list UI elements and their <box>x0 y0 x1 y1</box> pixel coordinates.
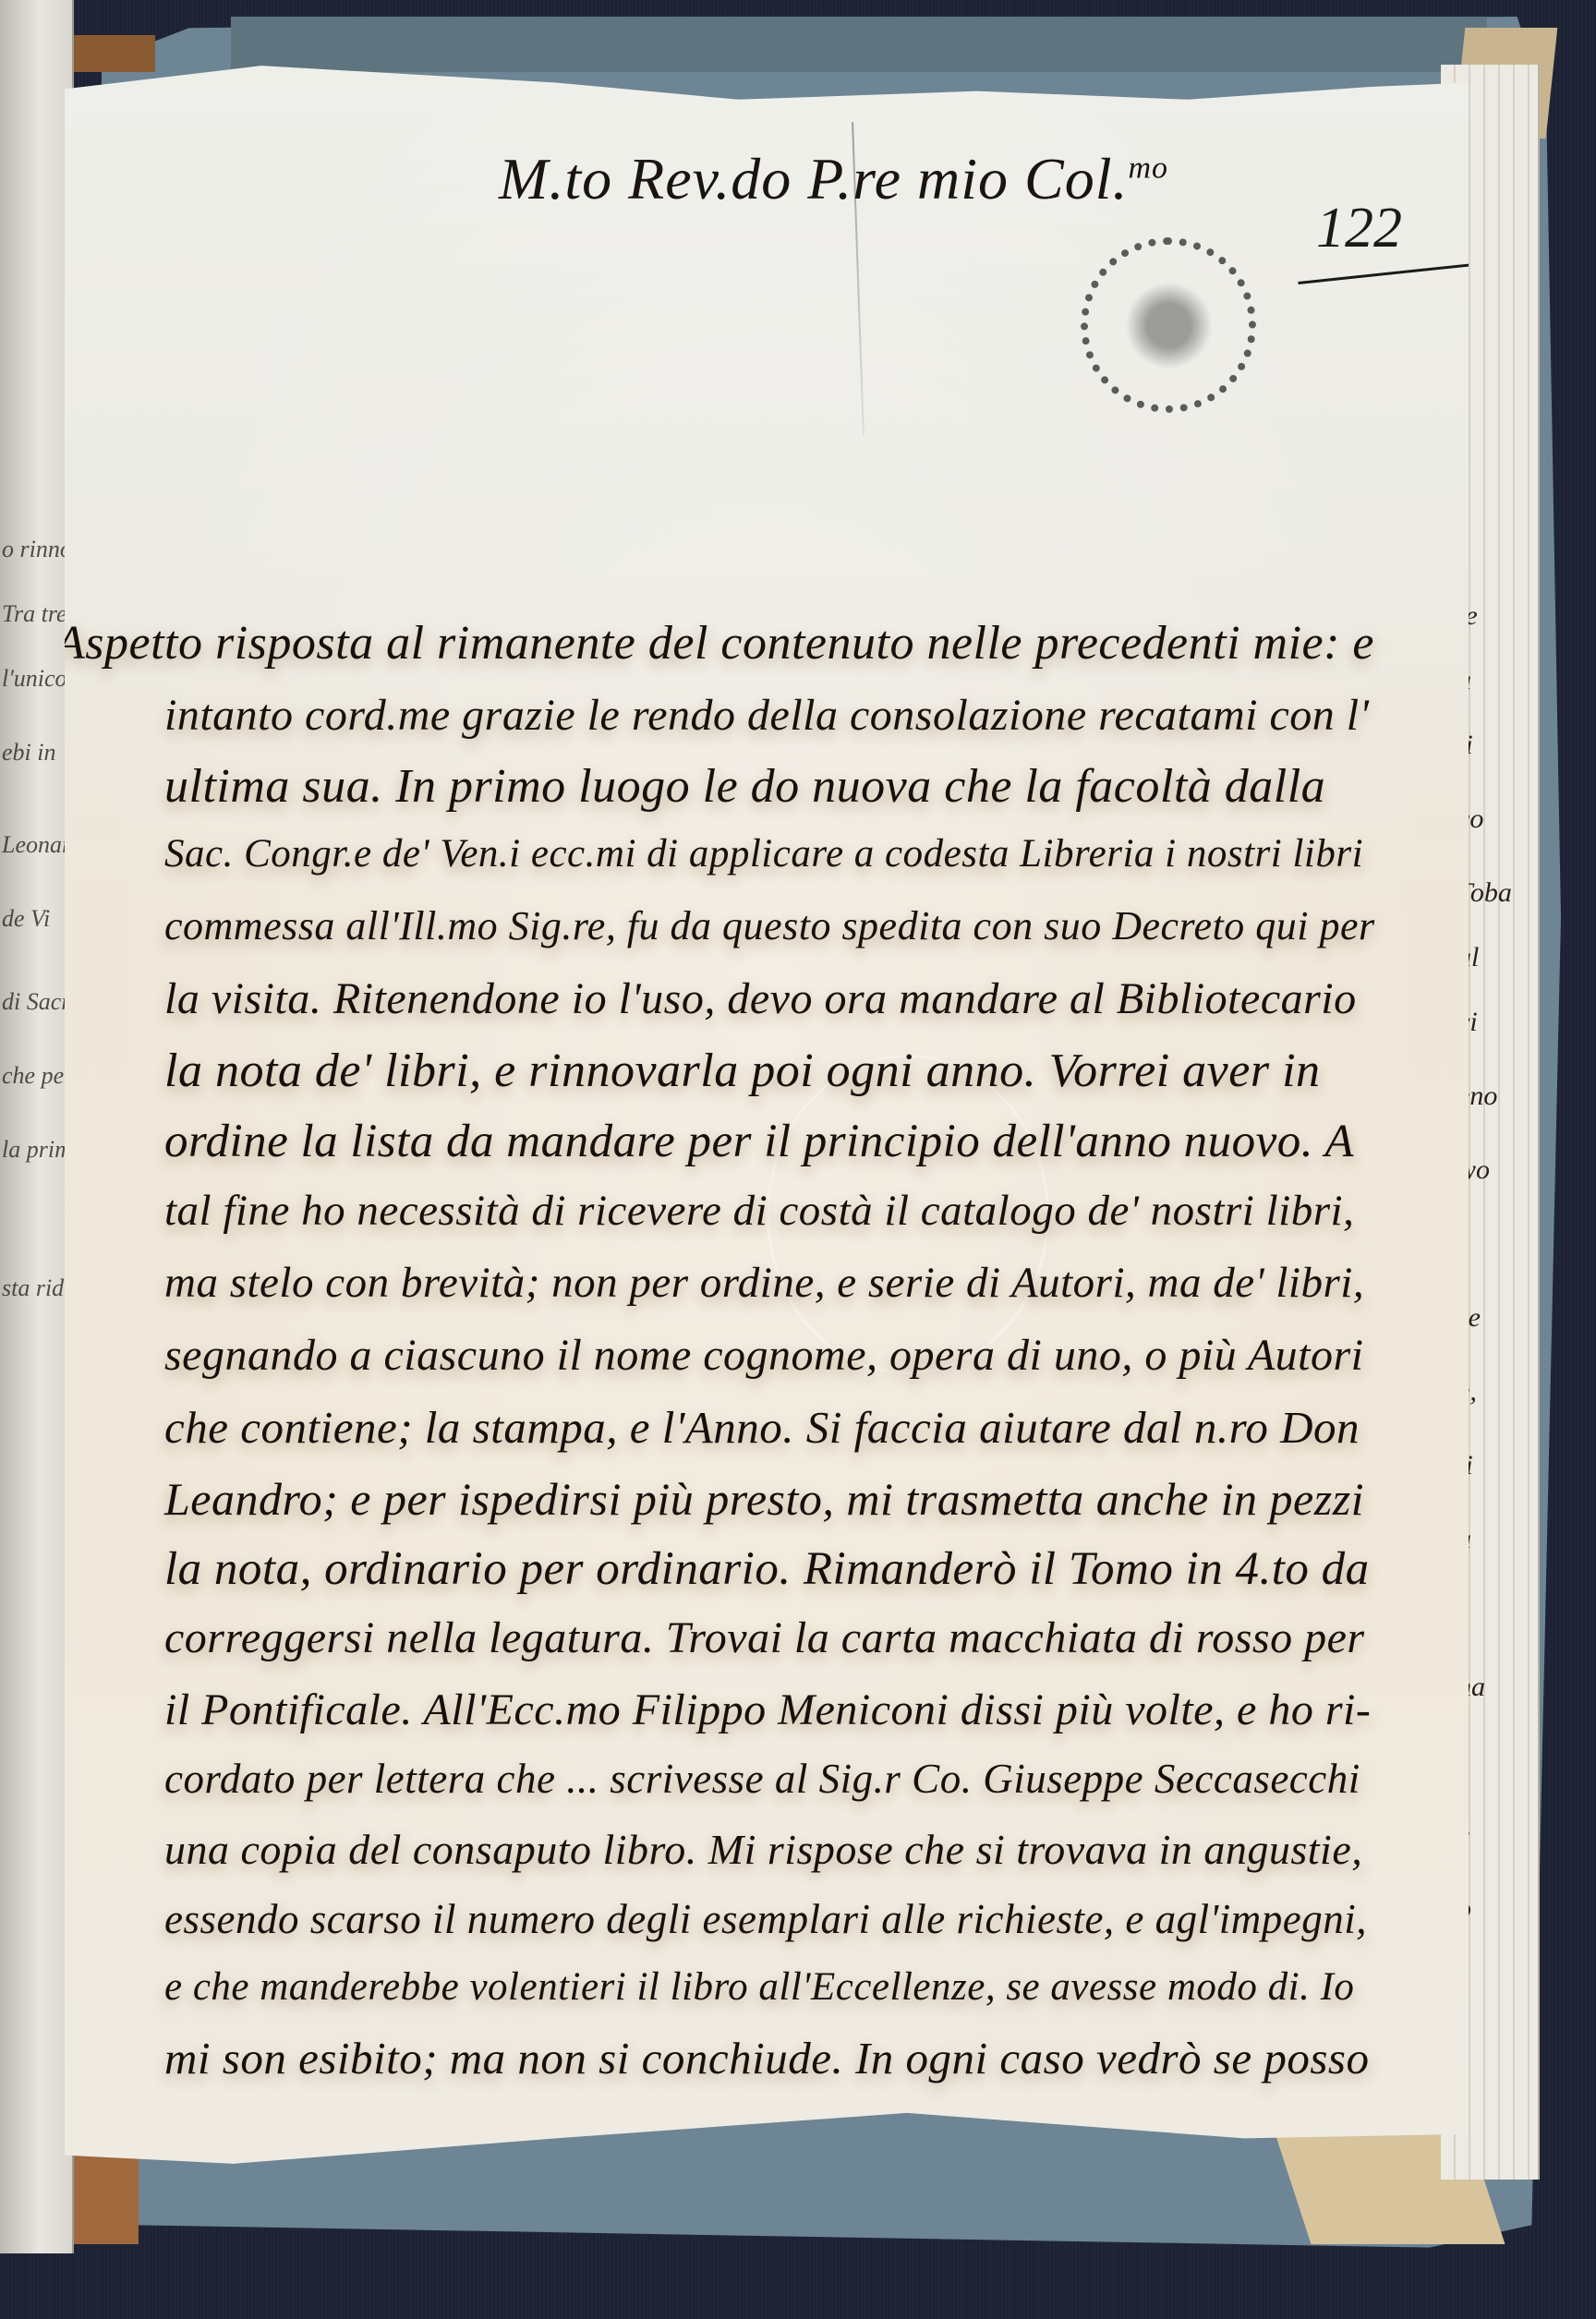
margin-fragment: che per <box>2 1062 73 1090</box>
margin-fragment: o rinnov <box>2 536 74 563</box>
text-line: Sac. Congr.e de' Ven.i ecc.mi di applica… <box>164 831 1363 876</box>
manuscript-sheet: M.to Rev.do P.re mio Col.mo 122 Aspetto … <box>65 57 1469 2172</box>
facing-page-edge: o rinnov Tra tre l'unico ebi in Leonard … <box>0 0 74 2253</box>
margin-fragment: Leonard <box>2 831 74 859</box>
text-line: intanto cord.me grazie le rendo della co… <box>164 690 1369 741</box>
margin-fragment: ebi in <box>2 739 56 767</box>
text-line: segnando a ciascuno il nome cognome, ope… <box>164 1330 1363 1381</box>
text-line: Aspetto risposta al rimanente del conten… <box>55 616 1374 670</box>
leather-binding-strip-top <box>72 35 155 72</box>
text-line: la nota de' libri, e rinnovarla poi ogni… <box>164 1044 1321 1098</box>
text-line: correggersi nella legatura. Trovai la ca… <box>164 1612 1365 1663</box>
text-line: il Pontificale. All'Ecc.mo Filippo Menic… <box>164 1685 1371 1735</box>
text-line: una copia del consaputo libro. Mi rispos… <box>164 1825 1362 1874</box>
text-line: ma stelo con brevità; non per ordine, e … <box>164 1258 1364 1308</box>
text-line: cordato per lettera che ... scrivesse al… <box>164 1755 1360 1803</box>
text-line: commessa all'Ill.mo Sig.re, fu da questo… <box>164 902 1375 949</box>
margin-fragment: Tra tre <box>2 600 67 628</box>
text-line: ultima sua. In primo luogo le do nuova c… <box>164 759 1325 814</box>
blue-paper-mount-top-edge <box>231 17 1487 72</box>
text-line: e che manderebbe volentieri il libro all… <box>164 1964 1354 2010</box>
text-line: che contiene; la stampa, e l'Anno. Si fa… <box>164 1401 1360 1454</box>
text-line: Leandro; e per ispedirsi più presto, mi … <box>164 1472 1364 1526</box>
margin-fragment: di Sacri <box>2 988 74 1016</box>
text-line: la nota, ordinario per ordinario. Rimand… <box>164 1542 1370 1596</box>
text-line: la visita. Ritenendone io l'uso, devo or… <box>164 973 1357 1024</box>
margin-fragment: l'unico <box>2 665 67 693</box>
margin-fragment: la prima <box>2 1136 74 1164</box>
margin-fragment: de Vi <box>2 905 50 933</box>
margin-fragment: sta ridi <box>2 1274 70 1302</box>
text-line: essendo scarso il numero degli esemplari… <box>164 1895 1367 1943</box>
text-line: mi son esibito; ma non si conchiude. In … <box>164 2032 1370 2084</box>
text-line: ordine la lista da mandare per il princi… <box>164 1115 1354 1168</box>
letter-body: Aspetto risposta al rimanente del conten… <box>65 57 1469 2172</box>
text-line: tal fine ho necessità di ricevere di cos… <box>164 1186 1354 1236</box>
